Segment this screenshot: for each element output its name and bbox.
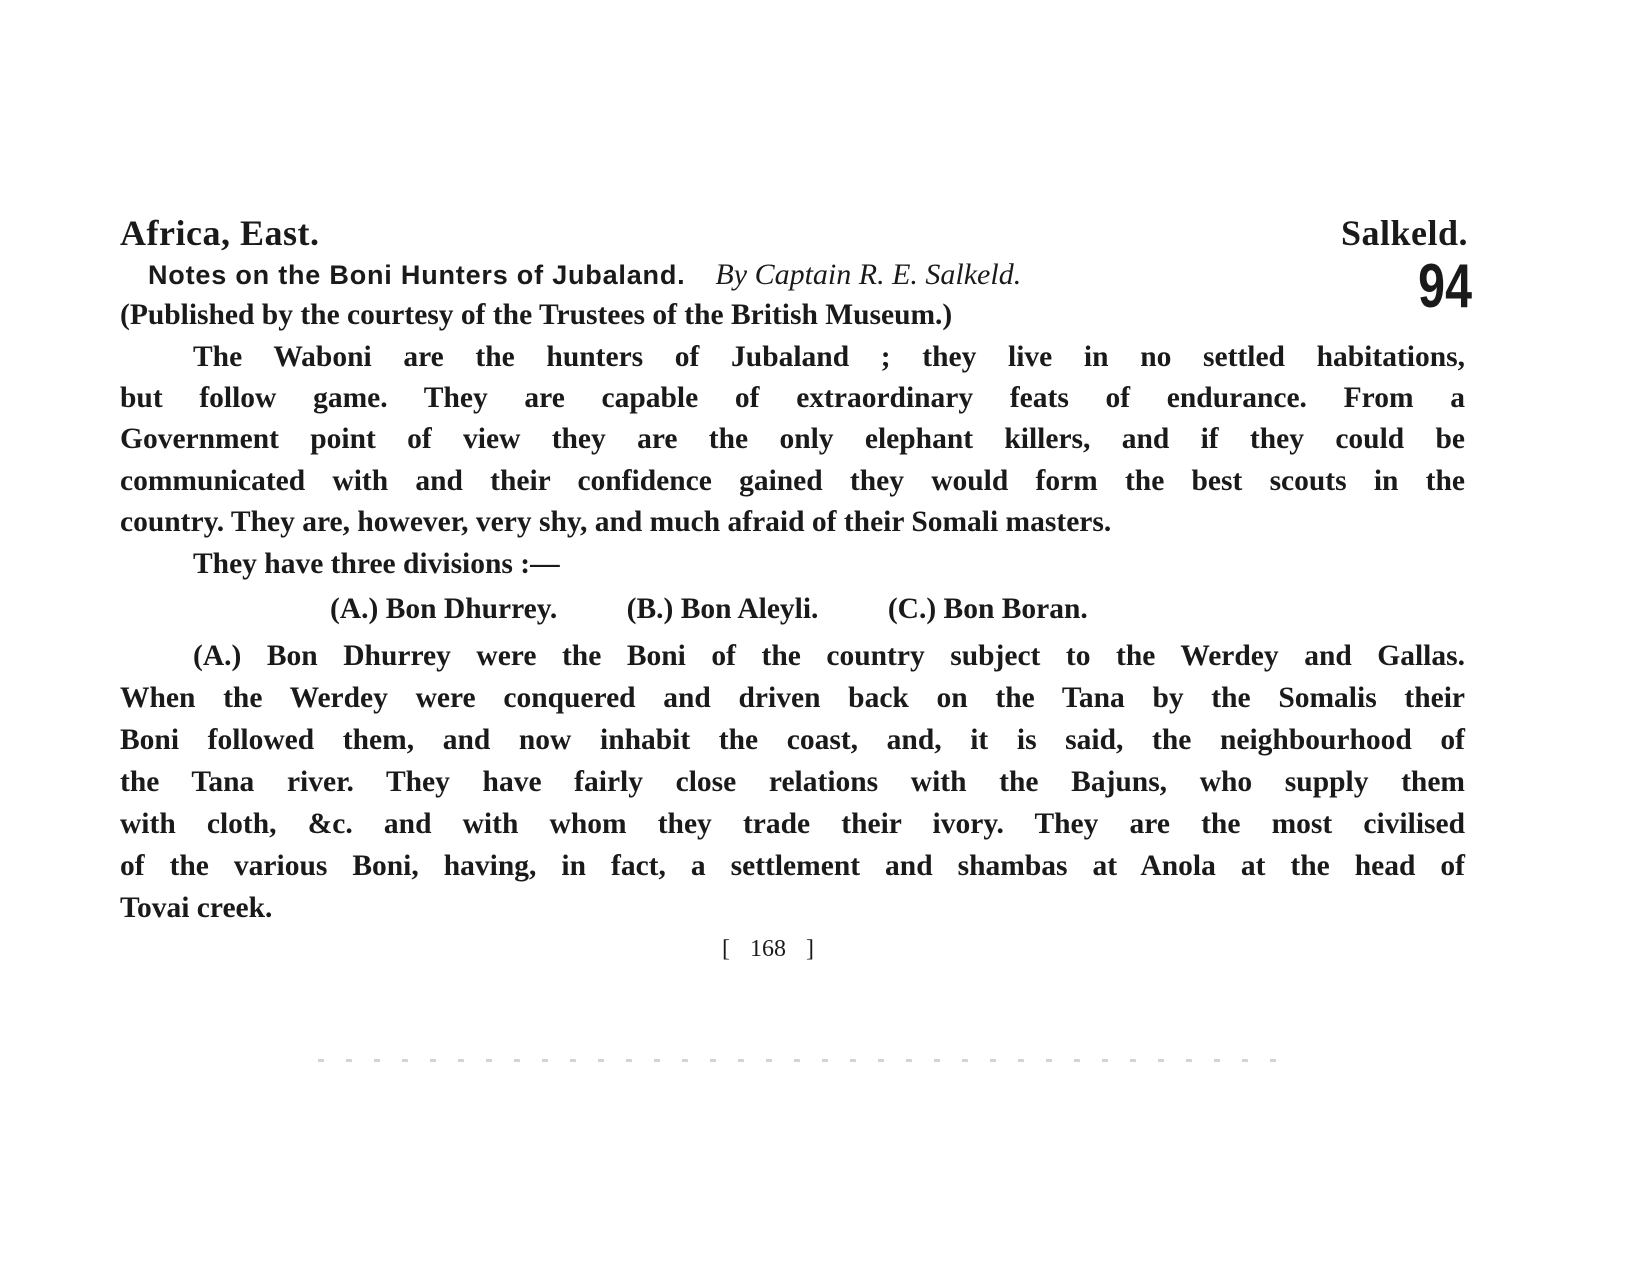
page-number: [ 168 ] xyxy=(722,936,814,963)
paragraph-2-line: When the Werdey were conquered and drive… xyxy=(120,682,1465,715)
paragraph-1-line: but follow game. They are capable of ext… xyxy=(120,382,1465,415)
division-item: (A.) Bon Dhurrey. xyxy=(330,593,557,625)
article-title-row: Notes on the Boni Hunters of Jubaland.By… xyxy=(148,258,1021,292)
paragraph-1-last-line: country. They are, however, very shy, an… xyxy=(120,506,1111,539)
paragraph-2-last-line: Tovai creek. xyxy=(120,892,272,925)
publication-credit: (Published by the courtesy of the Truste… xyxy=(120,299,952,332)
article-title: Notes on the Boni Hunters of Jubaland. xyxy=(148,260,685,290)
paragraph-1-line: The Waboni are the hunters of Jubaland ;… xyxy=(193,341,1465,374)
bleed-through-rule xyxy=(318,1059,1276,1062)
divisions-intro: They have three divisions :— xyxy=(193,548,560,581)
division-item: (B.) Bon Aleyli. xyxy=(627,593,819,625)
article-number: 94 xyxy=(1418,256,1472,318)
division-item: (C.) Bon Boran. xyxy=(888,593,1088,625)
running-header-region: Africa, East. xyxy=(120,212,319,254)
paragraph-2-line: (A.) Bon Dhurrey were the Boni of the co… xyxy=(193,640,1465,673)
paragraph-1-line: Government point of view they are the on… xyxy=(120,423,1465,456)
paragraph-2-line: Boni followed them, and now inhabit the … xyxy=(120,724,1465,757)
paragraph-1-line: communicated with and their confidence g… xyxy=(120,465,1465,498)
paragraph-2-line: with cloth, &c. and with whom they trade… xyxy=(120,808,1465,841)
article-byline: By Captain R. E. Salkeld. xyxy=(715,258,1021,291)
paragraph-2-line: of the various Boni, having, in fact, a … xyxy=(120,850,1465,883)
running-header-author: Salkeld. xyxy=(1341,212,1468,254)
paragraph-2-line: the Tana river. They have fairly close r… xyxy=(120,766,1465,799)
divisions-list: (A.) Bon Dhurrey. (B.) Bon Aleyli. (C.) … xyxy=(330,593,1150,626)
